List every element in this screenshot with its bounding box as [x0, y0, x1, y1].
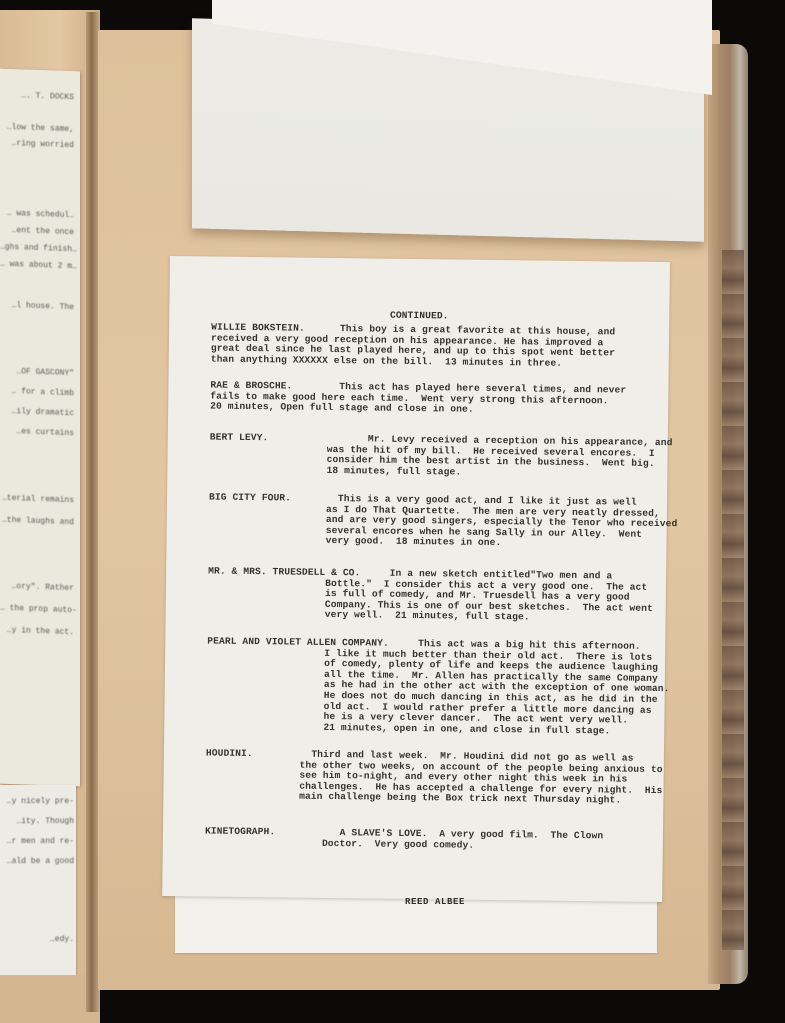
left-fragment-line: …ald be a good	[0, 857, 76, 866]
report-entry-bokstein: WILLIE BOKSTEIN. This boy is a great fav…	[211, 323, 651, 371]
left-fragment-line: …y nicely pre-	[0, 797, 76, 806]
report-entry-houdini: HOUDINI. Third and last week. Mr. Houdin…	[205, 748, 646, 806]
left-fragment-line: …terial remains	[0, 494, 80, 506]
left-fragment-line: …r men and re-	[0, 837, 76, 846]
left-fragment-line: …OF GASCONY"	[0, 367, 80, 379]
report-entry-rae-brosche: RAE & BROSCHE. This act has played here …	[210, 381, 650, 418]
left-fragment-line: …edy.	[0, 935, 76, 944]
left-page-bottom-edge	[0, 975, 100, 1023]
left-fragment-line: … for a climb	[0, 387, 80, 399]
left-fragment-line: …ghs and finish…	[0, 243, 80, 255]
left-fragment-line: …ily dramatic	[0, 407, 80, 419]
left-fragment-line: …ent the once	[0, 226, 80, 238]
left-typed-sheet-lower-fragment: …y nicely pre- …ity. Though …r men and r…	[0, 785, 76, 975]
left-fragment-line: … was about 2 m…	[0, 260, 80, 272]
left-fragment-line: …low the same,	[0, 123, 80, 135]
left-fragment-line: …l house. The	[0, 301, 80, 313]
left-fragment-line: …ity. Though	[0, 817, 76, 826]
book-edge-wear	[722, 250, 744, 950]
left-fragment-line: …. T. DOCKS	[0, 91, 80, 103]
left-fragment-line: …ory". Rather	[0, 582, 80, 594]
left-fragment-line: … the prop auto-	[0, 604, 80, 616]
report-signature: REED ALBEE	[405, 897, 465, 907]
report-entry-truesdell: MR. & MRS. TRUESDELL & CO. In a new sket…	[208, 566, 649, 624]
left-fragment-line: …the laughs and	[0, 516, 80, 528]
report-entry-kinetograph: KINETOGRAPH. A SLAVE'S LOVE. A very good…	[205, 826, 645, 853]
report-entry-allen-company: PEARL AND VIOLET ALLEN COMPANY. This act…	[206, 636, 647, 737]
left-fragment-line: … was schedul…	[0, 209, 80, 221]
report-entry-bert-levy: BERT LEVY. Mr. Levy received a reception…	[209, 432, 649, 480]
left-typed-sheet-fragment: …. T. DOCKS …low the same, …ring worried…	[0, 69, 80, 787]
report-sheet: CONTINUED. WILLIE BOKSTEIN. This boy is …	[162, 256, 670, 902]
left-fragment-line: …y in the act.	[0, 626, 80, 638]
left-fragment-line: …es curtains	[0, 427, 80, 439]
report-entry-big-city-four: BIG CITY FOUR. This is a very good act, …	[208, 492, 649, 550]
left-fragment-line: …ring worried	[0, 139, 80, 151]
